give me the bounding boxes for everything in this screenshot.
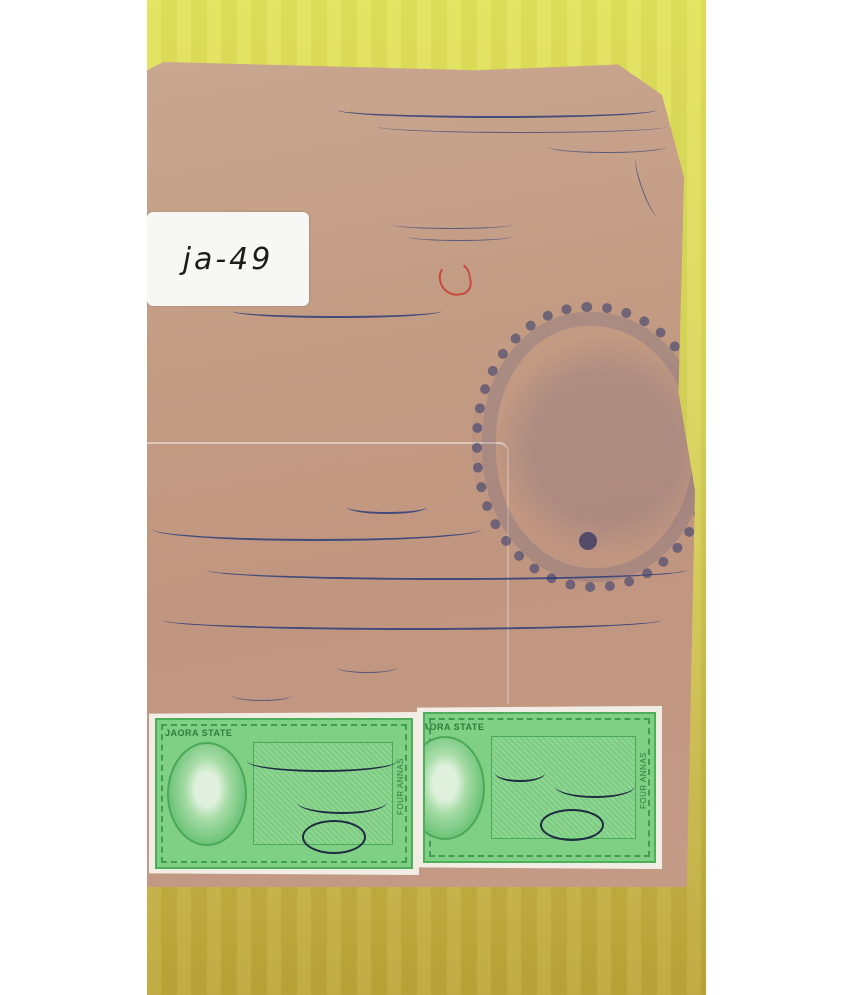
handwriting-line: [347, 500, 427, 514]
signature-line: [495, 764, 545, 782]
stamp-design: JAORA STATE FOUR ANNAS: [423, 712, 656, 863]
catalog-label-text: ja-49: [183, 242, 274, 277]
handwriting-line: [337, 662, 397, 673]
revenue-stamp: JAORA STATE FOUR ANNAS: [417, 706, 662, 869]
handwriting-line: [232, 304, 442, 318]
stamp-portrait: [167, 742, 247, 846]
handwriting-line: [152, 517, 482, 541]
revenue-stamp: JAORA STATE FOUR ANNAS: [149, 712, 419, 875]
signature-line: [297, 790, 387, 814]
stamp-state-text: JAORA STATE: [423, 722, 484, 732]
seal-center-mark: [579, 532, 597, 550]
red-ink-mark: [436, 259, 473, 298]
signature-line: [540, 809, 604, 841]
signature-line: [247, 750, 397, 772]
stamp-portrait: [423, 736, 485, 840]
handwriting-line: [392, 220, 512, 229]
stamp-value-text: FOUR ANNAS: [639, 752, 648, 809]
signature-line: [555, 774, 635, 798]
signature-line: [302, 820, 366, 854]
handwriting-line: [407, 232, 512, 241]
catalog-label: ja-49: [147, 212, 309, 306]
handwriting-line: [632, 157, 663, 217]
document-photo: ja-49 JAORA STATE FOUR ANNAS JAORA STATE…: [147, 0, 706, 995]
stamp-state-text: JAORA STATE: [165, 728, 232, 738]
handwriting-line: [207, 560, 687, 580]
handwriting-line: [232, 690, 292, 701]
stamp-value-text: FOUR ANNAS: [396, 758, 405, 815]
handwriting-line: [337, 102, 657, 118]
handwriting-line: [162, 610, 662, 630]
handwriting-line: [547, 140, 667, 153]
handwriting-line: [377, 120, 667, 133]
stamp-design: JAORA STATE FOUR ANNAS: [155, 718, 413, 869]
